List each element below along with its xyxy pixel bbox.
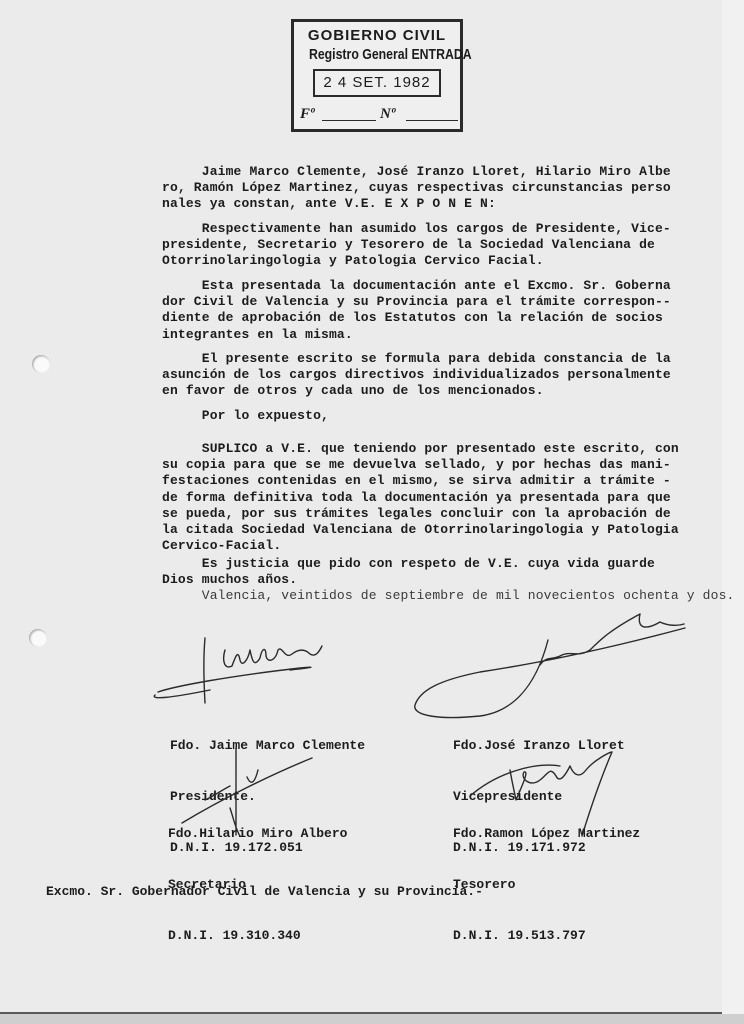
signatory-dni: D.N.I. 19.310.340 — [168, 927, 347, 944]
scan-edge-bottom — [0, 1014, 744, 1024]
stamp-folio-line — [322, 120, 376, 121]
place-date: Valencia, veintidos de septiembre de mil… — [162, 588, 702, 604]
signatory-secretario: Fdo.Hilario Miro Albero Secretario D.N.I… — [168, 791, 347, 961]
signatory-name: Fdo.José Iranzo Lloret — [453, 737, 625, 754]
punch-hole-icon — [29, 629, 47, 647]
paragraph-suplico: SUPLICO a V.E. que teniendo por presenta… — [162, 441, 702, 554]
signatory-name: Fdo.Hilario Miro Albero — [168, 825, 347, 842]
paragraph-expuesto: Por lo expuesto, — [162, 408, 702, 424]
stamp-subtitle: Registro General ENTRADA — [309, 46, 445, 63]
signatory-name: Fdo.Ramon López Martinez — [453, 825, 640, 842]
signatory-name: Fdo. Jaime Marco Clemente — [170, 737, 365, 754]
paragraph-justicia: Es justicia que pido con respeto de V.E.… — [162, 556, 702, 588]
scan-edge-right — [722, 0, 744, 1024]
paragraph-documentacion: Esta presentada la documentación ante el… — [162, 278, 702, 343]
signatory-tesorero: Fdo.Ramon López Martinez Tesorero D.N.I.… — [453, 791, 640, 961]
paragraph-cargos: Respectivamente han asumido los cargos d… — [162, 221, 702, 270]
signatory-dni: D.N.I. 19.513.797 — [453, 927, 640, 944]
stamp-number-label: Nº — [380, 106, 395, 123]
paragraph-escrito: El presente escrito se formula para debi… — [162, 351, 702, 400]
stamp-date: 2 4 SET. 1982 — [313, 69, 441, 97]
intro-paragraph: Jaime Marco Clemente, José Iranzo Lloret… — [162, 164, 702, 213]
addressee-line: Excmo. Sr. Gobernador Civil de Valencia … — [46, 884, 483, 899]
registry-stamp: GOBIERNO CIVIL Registro General ENTRADA … — [291, 19, 463, 132]
stamp-title: GOBIERNO CIVIL — [294, 27, 460, 44]
stamp-folio-label: Fº — [300, 106, 315, 123]
punch-hole-icon — [32, 355, 50, 373]
stamp-number-line — [406, 120, 458, 121]
